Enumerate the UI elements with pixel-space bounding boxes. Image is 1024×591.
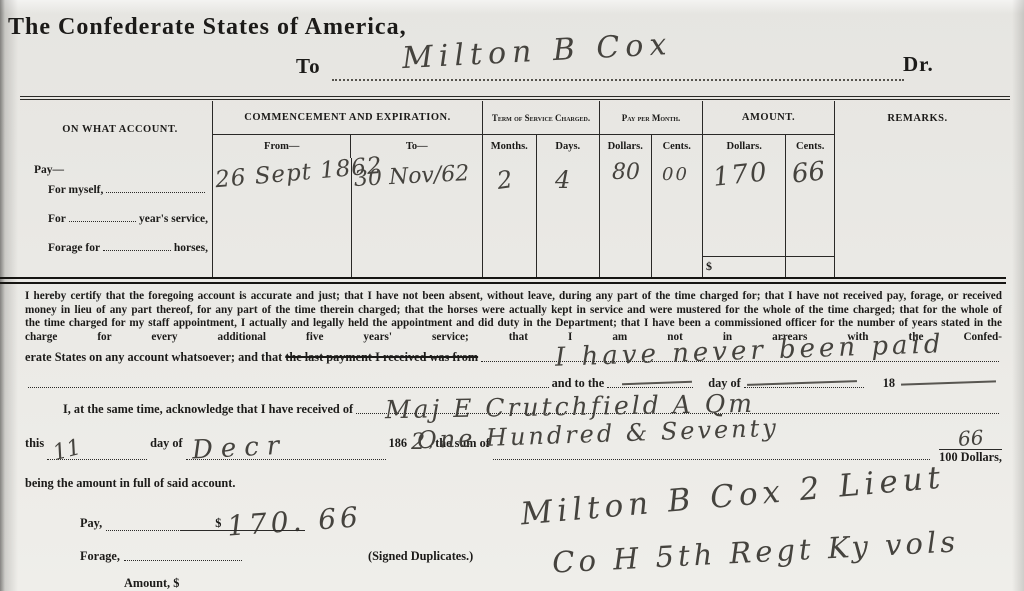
handwritten-day: 11 — [51, 435, 84, 466]
account-labels-cell: Pay— For myself, Foryear's service, Fora… — [28, 158, 213, 277]
pay-voucher-document: The Confederate States of America, To Mi… — [0, 0, 1024, 591]
column-header-amount-cents: Cents. — [786, 135, 834, 158]
account-table: ON WHAT ACCOUNT. COMMENCEMENT AND EXPIRA… — [28, 101, 1000, 277]
handwritten-days: 4 — [555, 166, 570, 194]
column-header-account: ON WHAT ACCOUNT. — [28, 101, 213, 158]
column-header-commencement: COMMENCEMENT AND EXPIRATION. — [213, 101, 482, 135]
column-header-months: Months. — [483, 135, 537, 158]
dotted-blank: Decr — [186, 457, 386, 460]
entry-pay-cents-cell: 00 — [652, 158, 703, 277]
entry-amount-cell: 170 66 $ — [703, 158, 835, 277]
column-header-pay-dollars: Dollars. — [600, 135, 652, 158]
column-header-remarks: REMARKS. — [835, 101, 1000, 158]
table-top-rule — [20, 96, 1010, 100]
account-row-myself: For myself, — [34, 184, 208, 196]
account-row-forage: Forage forhorses, — [34, 242, 208, 254]
dotted-leader — [124, 558, 242, 561]
handwritten-pay-dollars: 80 — [612, 160, 640, 185]
handwritten-pay-total: 170. 66 — [226, 501, 363, 543]
dotted-blank: 11 — [47, 457, 147, 460]
column-group-amount: AMOUNT. Dollars. Cents. — [703, 101, 835, 158]
handwritten-amount-dollars: 170 — [712, 157, 770, 193]
to-label: To — [296, 54, 321, 79]
date-and-sum-line: this 11 day of Decr 186 2 , the sum of O… — [25, 428, 1002, 463]
entry-from-cell: 26 Sept 1862 — [213, 158, 352, 277]
handwritten-dash — [901, 380, 996, 385]
dotted-blank — [493, 457, 930, 460]
handwritten-months: 2 — [495, 165, 514, 195]
handwritten-to-date: 30 Nov/62 — [353, 161, 469, 192]
certification-line-last-payment: erate States on any account whatsoever; … — [25, 350, 1002, 365]
acknowledgement-line: I, at the same time, acknowledge that I … — [25, 402, 1002, 417]
column-header-from: From— — [213, 135, 351, 158]
entry-to-cell: 30 Nov/62 — [352, 158, 483, 277]
dollar-sign: $ — [706, 259, 712, 273]
entry-months-cell: 2 — [483, 158, 537, 277]
cents-fraction: 66 100 Dollars, — [939, 428, 1002, 463]
column-group-commencement: COMMENCEMENT AND EXPIRATION. From— To— — [213, 101, 483, 158]
dotted-blank — [607, 385, 693, 388]
column-header-term: Term of Service Charged. — [483, 101, 599, 135]
column-group-pay-per-month: Pay per Month. Dollars. Cents. — [600, 101, 703, 158]
column-header-pay-cents: Cents. — [652, 135, 703, 158]
column-header-amount: AMOUNT. — [703, 101, 834, 135]
dotted-leader — [69, 219, 136, 222]
amount-sum-rule — [180, 530, 305, 531]
handwritten-amount-cents: 66 — [791, 156, 827, 189]
account-row-pay: Pay— — [34, 164, 208, 176]
remarks-cell — [835, 158, 1000, 277]
table-header: ON WHAT ACCOUNT. COMMENCEMENT AND EXPIRA… — [28, 101, 1000, 158]
column-group-term: Term of Service Charged. Months. Days. — [483, 101, 600, 158]
table-bottom-rule — [0, 277, 1006, 284]
document-title: The Confederate States of America, — [8, 14, 407, 41]
payee-handwritten-name: Milton B Cox — [401, 27, 673, 76]
fraction-denominator: 100 Dollars, — [939, 449, 1002, 463]
dr-label: Dr. — [903, 52, 934, 77]
dotted-blank — [28, 385, 549, 388]
dotted-blank — [744, 385, 864, 388]
certification-line-and-to: and to the day of 18 — [25, 376, 1002, 391]
amount-total-line: $ — [703, 256, 834, 277]
entry-pay-dollars-cell: 80 — [600, 158, 652, 277]
column-header-days: Days. — [537, 135, 599, 158]
signed-duplicates-note: (Signed Duplicates.) — [368, 549, 473, 564]
handwritten-month: Decr — [191, 431, 288, 466]
struck-text: the last payment I received was from — [285, 350, 478, 365]
column-header-amount-dollars: Dollars. — [703, 135, 786, 158]
account-row-service: Foryear's service, — [34, 213, 208, 225]
table-body: Pay— For myself, Foryear's service, Fora… — [28, 158, 1000, 277]
column-header-pay-per-month: Pay per Month. — [600, 101, 702, 135]
dotted-leader — [103, 248, 171, 251]
payee-blank-line: Milton B Cox — [332, 46, 904, 81]
handwritten-pay-cents: 00 — [662, 164, 689, 185]
entry-days-cell: 4 — [537, 158, 600, 277]
dotted-leader — [106, 190, 205, 193]
handwritten-cents: 66 — [957, 427, 984, 449]
amount-total-row: Amount, $ — [25, 576, 1002, 591]
